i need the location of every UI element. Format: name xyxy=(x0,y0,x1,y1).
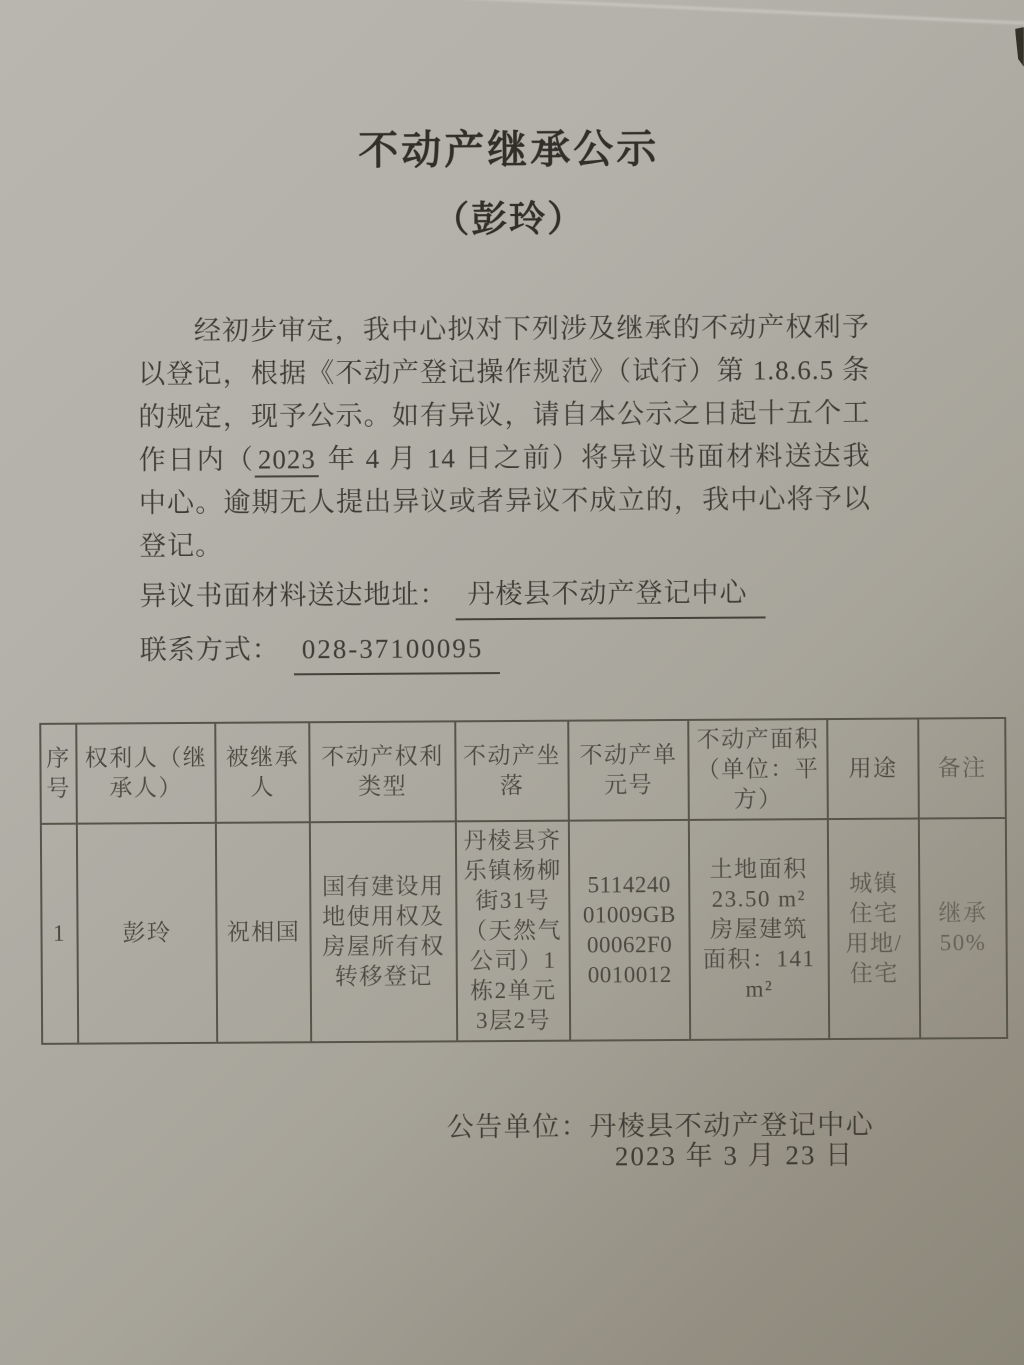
cell-index: 1 xyxy=(41,824,78,1044)
cell-decedent-name: 祝相国 xyxy=(216,822,311,1043)
cell-heir-name: 彭玲 xyxy=(77,823,217,1044)
cell-remarks: 继承 50% xyxy=(919,818,1007,1039)
address-label: 异议书面材料送达地址： xyxy=(139,579,447,611)
col-header-location: 不动产坐落 xyxy=(455,721,569,822)
contact-label: 联系方式： xyxy=(140,634,280,665)
underlined-year: 2023 xyxy=(255,444,319,477)
cell-location: 丹棱县齐乐镇杨柳街31号（天然气公司）1栋2单元3层2号 xyxy=(456,821,570,1042)
cell-unit-number: 511424001009GB00062F00010012 xyxy=(569,820,690,1041)
address-value: 丹棱县不动产登记中心 xyxy=(455,570,765,620)
footer: 公告单位：丹棱县不动产登记中心 2023 年 3 月 23 日 xyxy=(447,1109,1024,1173)
address-line: 异议书面材料送达地址：丹棱县不动产登记中心 xyxy=(139,569,1023,622)
col-header-unit-number: 不动产单元号 xyxy=(568,720,689,821)
property-table: 序号 权利人（继承人） 被继承人 不动产权利类型 不动产坐落 不动产单元号 不动… xyxy=(39,717,1008,1045)
cell-area: 土地面积 23.50 m² 房屋建筑面积：141 m² xyxy=(689,819,829,1040)
table-header-row: 序号 权利人（继承人） 被继承人 不动产权利类型 不动产坐落 不动产单元号 不动… xyxy=(40,718,1006,824)
date-line: 2023 年 3 月 23 日 xyxy=(615,1139,1024,1172)
page-title: 不动产继承公示 xyxy=(0,115,1021,178)
col-header-heir: 权利人（继承人） xyxy=(76,723,216,824)
cell-right-type: 国有建设用地使用权及房屋所有权转移登记 xyxy=(310,821,457,1042)
issuer-label: 公告单位： xyxy=(447,1112,590,1143)
col-header-usage: 用途 xyxy=(827,719,919,820)
cell-usage: 城镇住宅用地/住宅 xyxy=(828,819,920,1040)
photo-background: 不动产继承公示 （彭玲） 经初步审定，我中心拟对下列涉及继承的不动产权利予以登记… xyxy=(0,0,1024,1365)
issuer-line: 公告单位：丹棱县不动产登记中心 xyxy=(447,1109,1024,1143)
col-header-decedent: 被继承人 xyxy=(215,722,310,823)
issuer-name: 丹棱县不动产登记中心 xyxy=(589,1110,874,1142)
col-header-area: 不动产面积（单位：平方） xyxy=(688,719,828,820)
col-header-index: 序号 xyxy=(40,724,77,824)
contact-line: 联系方式：028-37100095 xyxy=(140,623,1024,676)
col-header-right-type: 不动产权利类型 xyxy=(309,721,456,822)
contact-value: 028-37100095 xyxy=(294,626,500,675)
notice-paragraph: 经初步审定，我中心拟对下列涉及继承的不动产权利予以登记，根据《不动产登记操作规范… xyxy=(138,306,872,568)
document-page: 不动产继承公示 （彭玲） 经初步审定，我中心拟对下列涉及继承的不动产权利予以登记… xyxy=(0,0,1024,1365)
col-header-remarks: 备注 xyxy=(918,718,1006,819)
page-subtitle: （彭玲） xyxy=(0,188,1021,245)
table-row: 1 彭玲 祝相国 国有建设用地使用权及房屋所有权转移登记 丹棱县齐乐镇杨柳街31… xyxy=(41,818,1007,1044)
